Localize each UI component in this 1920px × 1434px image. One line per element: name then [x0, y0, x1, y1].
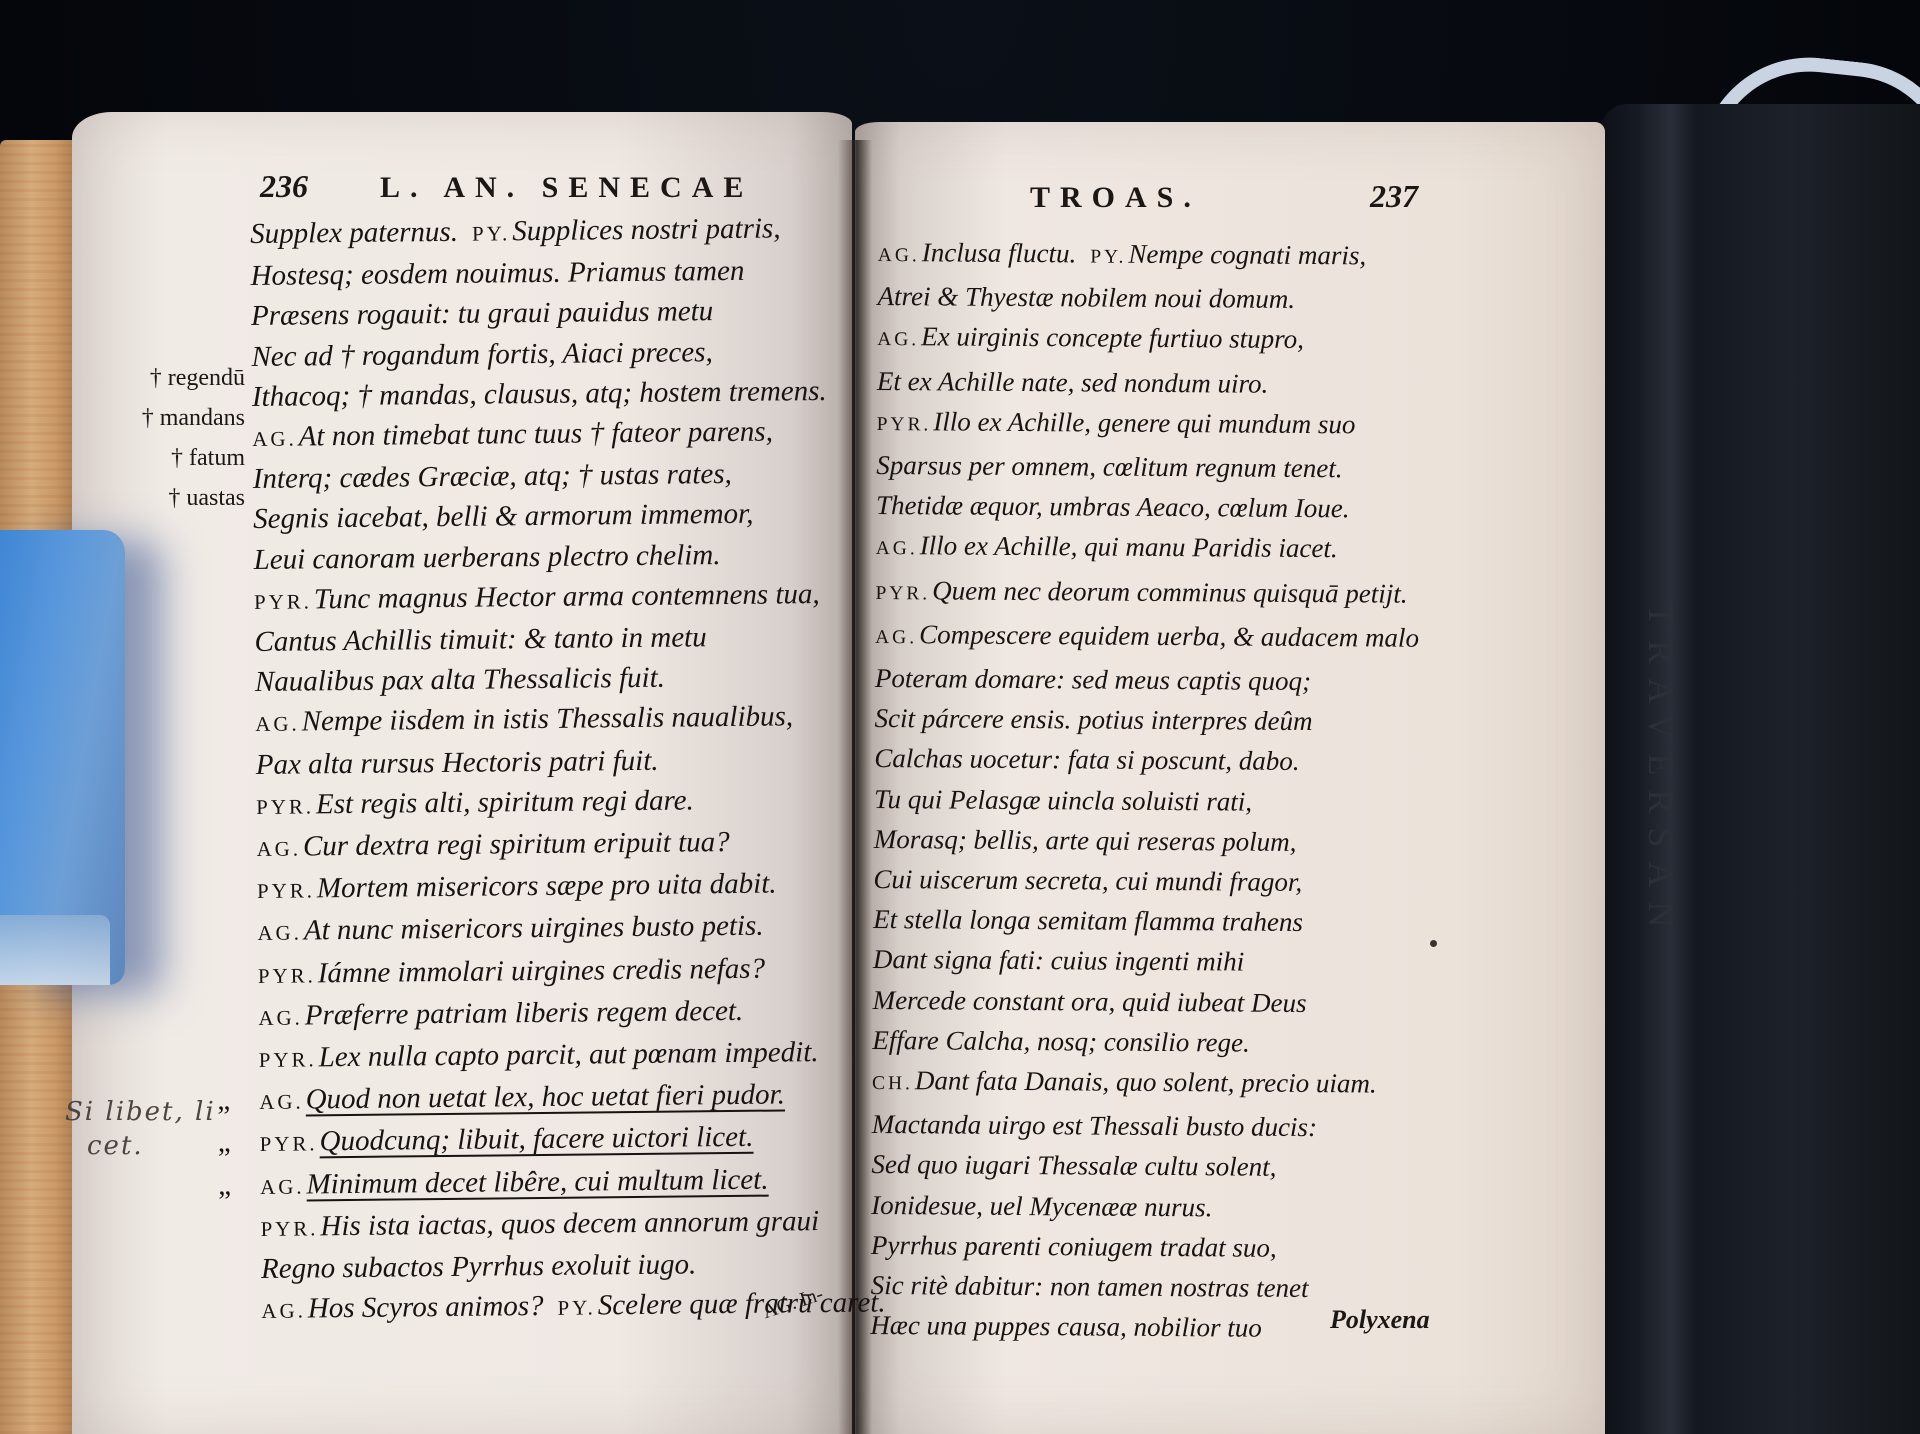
quote-mark: „ — [218, 1165, 231, 1205]
margin-note: † mandans — [115, 398, 245, 438]
speaker-label: AG. — [260, 1174, 305, 1198]
text-line: Tu qui Pelasgæ uincla soluisti rati, — [874, 779, 1418, 823]
text-line: „PYR.Quodcunq; libuit, facere uictori li… — [260, 1116, 885, 1165]
verse-text: Regno subactos Pyrrhus exoluit iugo. — [261, 1248, 697, 1285]
speaker-label: AG. — [261, 1299, 306, 1323]
text-line: Nec ad † rogandum fortis, Aiaci preces, — [251, 330, 876, 377]
handwritten-annotation: Si libet, li cet. — [65, 1095, 216, 1163]
verse-text: Lex nulla capto parcit, aut pœnam impedi… — [318, 1036, 818, 1073]
text-line: Leui canoram uerberans plectro chelim. — [253, 533, 878, 580]
text-line: PYR.Mortem misericors sæpe pro uita dabi… — [257, 863, 882, 912]
speaker-label: AG. — [259, 1090, 304, 1114]
verse-text: Sed quo iugari Thessalæ cultu solent, — [871, 1149, 1276, 1182]
right-page-text: AG.Inclusa fluctu.PY.Nempe cognati maris… — [870, 232, 1422, 1349]
speaker-label: AG. — [875, 627, 917, 648]
text-line: Atrei & Thyestæ nobilem noui domum. — [877, 276, 1421, 320]
quote-mark: „ — [218, 1123, 231, 1163]
verse-text: Segnis iacebat, belli & armorum immemor, — [253, 498, 754, 535]
spine-text: TRAVERSAN — [1640, 604, 1682, 941]
speaker-label: PYR. — [257, 879, 315, 904]
verse-text: Scelere quæ fratrū caret. — [598, 1287, 886, 1322]
speaker-label: AG. — [257, 921, 302, 945]
text-line: AG.Inclusa fluctu.PY.Nempe cognati maris… — [878, 232, 1422, 280]
speaker-label: PY. — [557, 1296, 595, 1320]
verse-text: Nempe cognati maris, — [1128, 239, 1366, 271]
text-line: Interq; cædes Græciæ, atq; † ustas rates… — [253, 453, 878, 500]
speaker-label: CH. — [872, 1073, 913, 1094]
speaker-label: PY. — [1090, 246, 1126, 267]
verse-text: Calchas uocetur: fata si poscunt, dabo. — [874, 743, 1299, 776]
text-line: Et stella longa semitam flamma trahens — [873, 899, 1417, 943]
speaker-label: AG. — [258, 1005, 303, 1029]
running-title: TROAS. — [1030, 181, 1370, 215]
verse-text: Ionidesue, uel Mycenææ nurus. — [871, 1190, 1212, 1222]
verse-text: Inclusa fluctu. — [922, 237, 1077, 268]
text-line: AG.Nempe iisdem in istis Thessalis naual… — [255, 696, 880, 745]
speaker-label: AG. — [876, 538, 918, 559]
verse-text: Et ex Achille nate, sed nondum uiro. — [877, 366, 1269, 399]
verse-text: Naualibus pax alta Thessalicis fuit. — [255, 662, 665, 698]
verse-text: Nec ad † rogandum fortis, Aiaci preces, — [251, 336, 713, 373]
text-line: Thetidæ æquor, umbras Aeaco, cœlum Ioue. — [876, 485, 1420, 529]
verse-text: Tu qui Pelasgæ uincla soluisti rati, — [874, 784, 1252, 817]
text-line: Scit párcere ensis. potius interpres deû… — [874, 698, 1418, 742]
text-line: Cui uiscerum secreta, cui mundi fragor, — [873, 859, 1417, 903]
text-line: Regno subactos Pyrrhus exoluit iugo. — [261, 1242, 886, 1289]
verse-text: Mactanda uirgo est Thessali busto ducis: — [872, 1109, 1317, 1142]
verse-text: Scit párcere ensis. potius interpres deû… — [875, 703, 1313, 736]
text-line: Pax alta rursus Hectoris patri fuit. — [256, 738, 881, 785]
speaker-label: PYR. — [261, 1216, 319, 1241]
speaker-label: PYR. — [260, 1132, 318, 1157]
text-line: PYR.Quem nec deorum comminus quisquā pet… — [875, 570, 1419, 618]
verse-text: Ithacoq; † mandas, clausus, atq; hostem … — [252, 375, 827, 413]
speaker-label: AG. — [252, 427, 297, 451]
text-line: Poteram domare: sed meus captis quoq; — [875, 658, 1419, 702]
verse-text: Est regis alti, spiritum regi dare. — [316, 784, 694, 820]
handwritten-line: cet. — [65, 1129, 216, 1163]
verse-text: Hostesq; eosdem nouimus. Priamus tamen — [250, 255, 744, 292]
verse-text: Sparsus per omnem, cœlitum regnum tenet. — [876, 450, 1342, 483]
text-line: Ithacoq; † mandas, clausus, atq; hostem … — [252, 370, 877, 417]
text-line: Præsens rogauit: tu graui pauidus metu — [251, 290, 876, 337]
verse-text: Pyrrhus parenti coniugem tradat suo, — [871, 1230, 1277, 1263]
verse-text: Atrei & Thyestæ nobilem noui domum. — [877, 281, 1295, 314]
verse-text: Leui canoram uerberans plectro chelim. — [253, 539, 720, 576]
text-line: Hostesq; eosdem nouimus. Priamus tamen — [250, 250, 875, 297]
verse-text: Ex uirginis concepte furtiuo stupro, — [921, 322, 1304, 355]
verse-text: Mortem misericors sæpe pro uita dabit. — [317, 868, 777, 905]
speaker-label: AG. — [877, 329, 919, 350]
running-title: L. AN. SENECAE — [380, 171, 753, 205]
verse-text: Hos Scyros animos? — [308, 1290, 544, 1324]
verse-text: Cur dextra regi spiritum eripuit tua? — [303, 826, 730, 862]
margin-note: † fatum — [115, 438, 245, 478]
text-line: Sic ritè dabitur: non tamen nostras tene… — [871, 1265, 1415, 1309]
verse-text: At non timebat tunc tuus † fateor parens… — [299, 416, 773, 453]
text-line: Mercede constant ora, quid iubeat Deus — [872, 980, 1416, 1024]
catchword: Polyxena — [1330, 1305, 1430, 1335]
text-line: Segnis iacebat, belli & armorum immemor, — [253, 493, 878, 540]
blue-cloth — [0, 530, 125, 985]
margin-notes: † regendū † mandans † fatum † uastas — [115, 358, 245, 518]
verse-text: Cantus Achillis timuit: & tanto in metu — [254, 621, 707, 658]
text-line: AG.Ex uirginis concepte furtiuo stupro, — [877, 316, 1421, 364]
text-line: Sed quo iugari Thessalæ cultu solent, — [871, 1144, 1415, 1188]
black-leather-book: TRAVERSAN — [1600, 104, 1920, 1434]
verse-text: Hæc una puppes causa, nobilior tuo — [870, 1310, 1262, 1343]
verse-text: Minimum decet libêre, cui multum licet. — [306, 1163, 768, 1200]
text-line: PYR.Illo ex Achille, genere qui mundum s… — [877, 401, 1421, 449]
page-number: 236 — [260, 168, 380, 205]
text-line: AG.Cur dextra regi spiritum eripuit tua? — [256, 820, 881, 869]
text-line: PYR.Lex nulla capto parcit, aut pœnam im… — [259, 1031, 884, 1080]
verse-text: His ista iactas, quos decem annorum grau… — [320, 1205, 819, 1242]
left-page-text: Supplex paternus.PY.Supplices nostri pat… — [250, 207, 886, 1331]
left-running-head: 236 L. AN. SENECAE — [260, 168, 780, 205]
verse-text: Illo ex Achille, genere qui mundum suo — [933, 406, 1355, 439]
text-line: Ionidesue, uel Mycenææ nurus. — [871, 1185, 1415, 1229]
verse-text: Poteram domare: sed meus captis quoq; — [875, 663, 1311, 696]
speaker-label: PYR. — [254, 589, 312, 614]
verse-text: Dant fata Danais, quo solent, precio uia… — [915, 1065, 1377, 1098]
text-line: Effare Calcha, nosq; consilio rege. — [872, 1020, 1416, 1064]
text-line: Mactanda uirgo est Thessali busto ducis: — [872, 1104, 1416, 1148]
text-line: AG.At non timebat tunc tuus † fateor par… — [252, 410, 877, 459]
text-line: AG.Illo ex Achille, qui manu Paridis iac… — [876, 525, 1420, 573]
verse-text: Cui uiscerum secreta, cui mundi fragor, — [873, 864, 1302, 897]
verse-text: Supplex paternus. — [250, 216, 458, 250]
verse-text: Præsens rogauit: tu graui pauidus metu — [251, 296, 713, 333]
text-line: Morasq; bellis, arte qui reseras polum, — [874, 819, 1418, 863]
text-line: „AG.Quod non uetat lex, hoc uetat fieri … — [259, 1074, 884, 1123]
text-line: PYR.His ista iactas, quos decem annorum … — [260, 1200, 885, 1249]
handwritten-line: Si libet, li — [65, 1095, 216, 1129]
page-number: 237 — [1370, 178, 1418, 215]
margin-note: † uastas — [115, 478, 245, 518]
text-line: Calchas uocetur: fata si poscunt, dabo. — [874, 738, 1418, 782]
text-line: PYR.Iámne immolari uirgines credis nefas… — [258, 947, 883, 996]
text-line: „AG.Minimum decet libêre, cui multum lic… — [260, 1158, 885, 1207]
verse-text: Effare Calcha, nosq; consilio rege. — [872, 1025, 1250, 1058]
verse-text: Compescere equidem uerba, & audacem malo — [919, 619, 1419, 652]
verse-text: Quem nec deorum comminus quisquā petijt. — [932, 575, 1408, 608]
speaker-label: PYR. — [877, 414, 932, 435]
verse-text: Pax alta rursus Hectoris patri fuit. — [256, 744, 659, 780]
speaker-label: PYR. — [256, 794, 314, 819]
verse-text: Et stella longa semitam flamma trahens — [873, 904, 1303, 937]
text-line: AG.Compescere equidem uerba, & audacem m… — [875, 614, 1419, 662]
right-running-head: TROAS. 237 — [1030, 178, 1450, 215]
verse-text: Quod non uetat lex, hoc uetat fieri pudo… — [305, 1079, 785, 1116]
speaker-label: AG. — [878, 245, 920, 266]
verse-text: Quodcunq; libuit, facere uictori licet. — [319, 1121, 753, 1158]
text-line: Cantus Achillis timuit: & tanto in metu — [254, 615, 879, 662]
speaker-label: AG. — [255, 712, 300, 736]
text-line: Sparsus per omnem, cœlitum regnum tenet. — [876, 445, 1420, 489]
text-line: CH.Dant fata Danais, quo solent, precio … — [872, 1060, 1416, 1108]
text-line: AG.Præferre patriam liberis regem decet. — [258, 989, 883, 1038]
speaker-label: PYR. — [875, 583, 930, 604]
text-line: AG.At nunc misericors uirgines busto pet… — [257, 905, 882, 954]
speaker-label: PYR. — [259, 1047, 317, 1072]
verse-text: Sic ritè dabitur: non tamen nostras tene… — [871, 1270, 1309, 1303]
speaker-label: PYR. — [258, 963, 316, 988]
text-line: PYR.Est regis alti, spiritum regi dare. — [256, 778, 881, 827]
margin-note: † regendū — [115, 358, 245, 398]
verse-text: At nunc misericors uirgines busto petis. — [304, 910, 764, 947]
verse-text: Mercede constant ora, quid iubeat Deus — [873, 985, 1307, 1018]
verse-text: Morasq; bellis, arte qui reseras polum, — [874, 824, 1297, 857]
text-line: Dant signa fati: cuius ingenti mihi — [873, 939, 1417, 983]
verse-text: Præferre patriam liberis regem decet. — [305, 995, 744, 1032]
text-line: Naualibus pax alta Thessalicis fuit. — [255, 656, 880, 703]
verse-text: Dant signa fati: cuius ingenti mihi — [873, 944, 1244, 977]
quote-mark: „ — [217, 1081, 230, 1121]
verse-text: Illo ex Achille, qui manu Paridis iacet. — [920, 531, 1338, 564]
verse-text: Supplices nostri patris, — [512, 212, 781, 247]
verse-text: Tunc magnus Hector arma contemnens tua, — [314, 578, 820, 615]
verse-text: Thetidæ æquor, umbras Aeaco, cœlum Ioue. — [876, 490, 1350, 523]
verse-text: Nempe iisdem in istis Thessalis naualibu… — [302, 701, 794, 738]
speaker-label: PY. — [472, 221, 510, 245]
verse-text: Iámne immolari uirgines credis nefas? — [318, 952, 766, 989]
speaker-label: AG. — [257, 837, 302, 861]
text-line: Supplex paternus.PY.Supplices nostri pat… — [250, 207, 875, 256]
text-line: Et ex Achille nate, sed nondum uiro. — [877, 361, 1421, 405]
text-line: PYR.Tunc magnus Hector arma contemnens t… — [254, 573, 879, 622]
ink-spot — [1430, 940, 1437, 947]
verse-text: Interq; cædes Græciæ, atq; † ustas rates… — [253, 458, 732, 495]
text-line: Pyrrhus parenti coniugem tradat suo, — [871, 1225, 1415, 1269]
